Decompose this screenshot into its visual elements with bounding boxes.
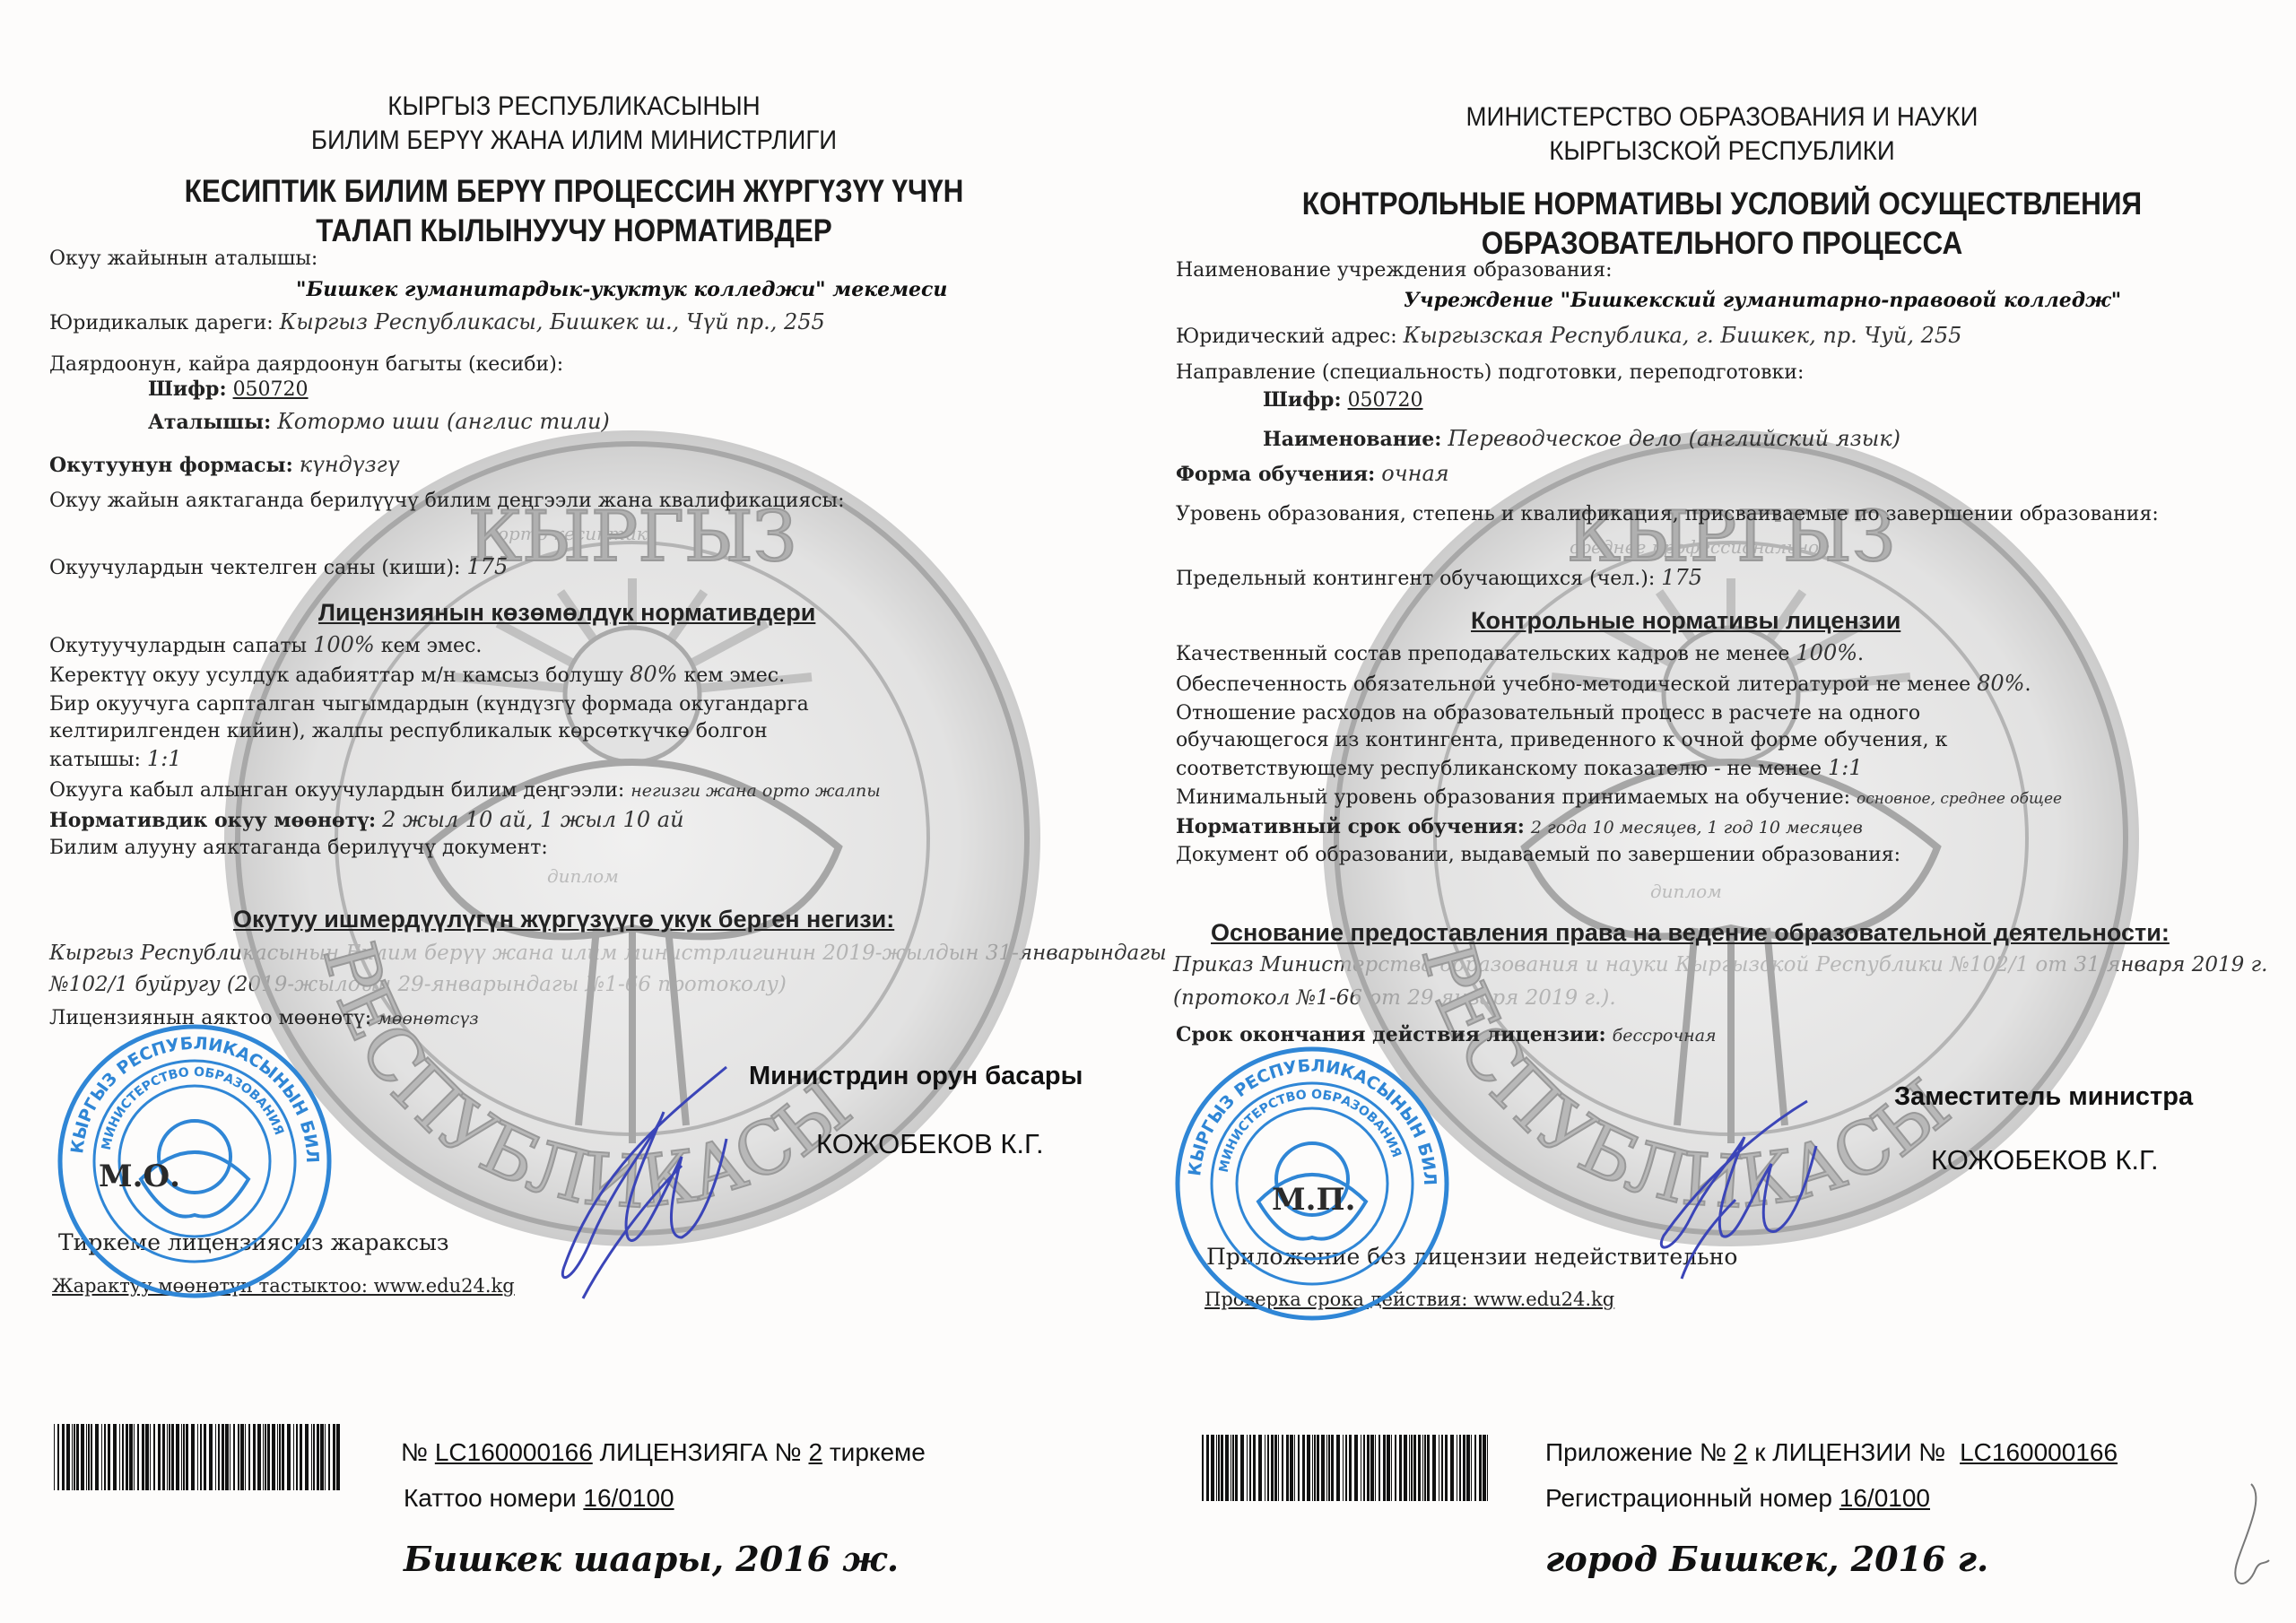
- barcode-bar: [1294, 1435, 1295, 1501]
- barcode-bar: [230, 1424, 230, 1490]
- barcode-bar: [171, 1424, 174, 1490]
- city-year: город Бишкек, 2016 г.: [1545, 1539, 1988, 1579]
- barcode-bar: [1271, 1435, 1274, 1501]
- barcode-bar: [238, 1424, 240, 1490]
- norm-literature: Керектүү окуу усулдук адабияттар м/н кам…: [49, 662, 785, 689]
- barcode-bar: [233, 1424, 235, 1490]
- name-label: Наименование:: [1263, 428, 1441, 451]
- barcode-bar: [1370, 1435, 1374, 1501]
- barcode-bar: [272, 1424, 275, 1490]
- registration-number: 16/0100: [583, 1484, 674, 1512]
- norm-expense-ratio: катышы: 1:1: [49, 746, 182, 773]
- barcode-bar: [72, 1424, 73, 1490]
- count-label: Окуучулардын чектелген саны (киши):: [49, 557, 460, 579]
- address-value: Кыргыз Республикасы, Бишкек ш., Чүй пр.,…: [280, 309, 825, 334]
- basis-title: Основание предоставления права на ведени…: [1211, 919, 2170, 947]
- norm-value: 100%: [1796, 640, 1857, 665]
- barcode-bar: [277, 1424, 278, 1490]
- address-row: Юридический адрес: Кыргызская Республика…: [1176, 323, 1961, 350]
- norm-label: Обеспеченность обязательной учебно-метод…: [1176, 673, 1970, 696]
- barcode-bar: [150, 1424, 151, 1490]
- admission-value: негизги жана орто жалпы: [631, 781, 880, 801]
- norm-expense-line: Отношение расходов на образовательный пр…: [1176, 701, 1920, 726]
- registration-number: 16/0100: [1839, 1484, 1930, 1512]
- barcode-bar: [1258, 1435, 1262, 1501]
- barcode-bar: [1479, 1435, 1482, 1501]
- barcode-bar: [145, 1424, 149, 1490]
- license-appendix-line: № LC160000166 ЛИЦЕНЗИЯГА № 2 тиркеме: [401, 1438, 926, 1467]
- license-norms-title: Контрольные нормативы лицензии: [1471, 607, 1900, 635]
- barcode-bar: [317, 1424, 319, 1490]
- norm-suffix: кем эмес.: [683, 664, 785, 687]
- barcode-bar: [253, 1424, 256, 1490]
- barcode-bar: [1466, 1435, 1470, 1501]
- institution-label: Наименование учреждения образования:: [1176, 258, 1613, 283]
- duration-label: Нормативдик окуу мөөнөтү:: [49, 809, 376, 832]
- registration-label: Регистрационный номер: [1545, 1484, 1832, 1512]
- duration-row: Нормативдик окуу мөөнөтү: 2 жыл 10 ай, 1…: [49, 807, 684, 834]
- barcode-bar: [1218, 1435, 1220, 1501]
- barcode-bar: [1314, 1435, 1316, 1501]
- barcode-bar: [1378, 1435, 1380, 1501]
- barcode-bar: [1439, 1435, 1439, 1501]
- duration-value: 2 года 10 месяцев, 1 год 10 месяцев: [1531, 818, 1863, 838]
- norm-label: Окутуучулардын сапаты: [49, 635, 307, 657]
- barcode-bar: [158, 1424, 161, 1490]
- institution-value: "Бишкек гуманитардык-укуктук колледжи" м…: [296, 278, 947, 301]
- barcode-bar: [76, 1424, 79, 1490]
- barcode-bar: [1395, 1435, 1396, 1501]
- admission-row: Минимальный уровень образования принимае…: [1176, 785, 2062, 811]
- norm-teacher-quality: Качественный состав преподавательских ка…: [1176, 640, 1864, 667]
- barcode-bar: [122, 1424, 124, 1490]
- barcode-bar: [86, 1424, 87, 1490]
- barcode-bar: [95, 1424, 99, 1490]
- barcode-bar: [1211, 1435, 1214, 1501]
- norm-teacher-quality: Окутуучулардын сапаты 100% кем эмес.: [49, 632, 482, 659]
- barcode-bar: [1411, 1435, 1413, 1501]
- license-norms-title: Лицензиянын көзөмөлдүк нормативдери: [318, 599, 815, 627]
- name-label: Аталышы:: [148, 411, 271, 434]
- barcode-bar: [137, 1424, 139, 1490]
- norm-value: 100%: [313, 632, 375, 657]
- barcode-bar: [1363, 1435, 1365, 1501]
- barcode-bar: [1216, 1435, 1217, 1501]
- barcode-bar: [300, 1424, 302, 1490]
- ministry-header: МИНИСТЕРСТВО ОБРАЗОВАНИЯ И НАУКИ КЫРГЫЗС…: [1194, 100, 2250, 169]
- admission-value: основное, среднее общее: [1857, 790, 2062, 808]
- code-row: Шифр: 050720: [1263, 387, 1423, 413]
- barcode-bar: [200, 1424, 202, 1490]
- barcode-bar: [1387, 1435, 1390, 1501]
- seal-place-mark: М.О.: [99, 1159, 180, 1194]
- norm-suffix: .: [1857, 643, 1864, 665]
- expiry-value: бессрочная: [1613, 1026, 1717, 1046]
- code-value: 050720: [1348, 389, 1423, 412]
- barcode-bar: [1441, 1435, 1443, 1501]
- document-title-line: КЕСИПТИК БИЛИМ БЕРҮҮ ПРОЦЕССИН ЖҮРГҮЗҮҮ …: [57, 172, 1091, 212]
- license-number: LC160000166: [1960, 1438, 2118, 1466]
- count-value: 175: [466, 554, 508, 579]
- norm-value: 1:1: [147, 746, 182, 771]
- barcode-bar: [263, 1424, 264, 1490]
- barcode-bar: [1231, 1435, 1231, 1501]
- barcode-bar: [1253, 1435, 1256, 1501]
- license-number: LC160000166: [435, 1438, 593, 1466]
- license-prefix: к ЛИЦЕНЗИИ №: [1754, 1438, 1945, 1466]
- form-row: Форма обучения: очная: [1176, 461, 1449, 488]
- barcode-bar: [119, 1424, 120, 1490]
- barcode-bar: [1202, 1435, 1204, 1501]
- form-label: Форма обучения:: [1176, 463, 1375, 486]
- document-label: Документ об образовании, выдаваемый по з…: [1176, 843, 1900, 868]
- form-row: Окутуунун формасы: күндүзгү: [49, 452, 399, 479]
- institution-value: Учреждение "Бишкекский гуманитарно-право…: [1404, 289, 2121, 312]
- barcode-bar: [1354, 1435, 1358, 1501]
- barcode-bar: [1232, 1435, 1234, 1501]
- form-label: Окутуунун формасы:: [49, 454, 293, 477]
- institution-label: Окуу жайынын аталышы:: [49, 247, 317, 272]
- barcode-bar: [1471, 1435, 1472, 1501]
- barcode-bar: [197, 1424, 198, 1490]
- barcode-icon: [54, 1424, 341, 1490]
- barcode-bar: [1290, 1435, 1293, 1501]
- barcode-bar: [1328, 1435, 1330, 1501]
- norm-label: катышы:: [49, 749, 141, 771]
- barcode-bar: [1235, 1435, 1238, 1501]
- barcode-bar: [1274, 1435, 1278, 1501]
- barcode-bar: [108, 1424, 110, 1490]
- barcode-bar: [313, 1424, 315, 1490]
- barcode-bar: [209, 1424, 213, 1490]
- norm-suffix: кем эмес.: [381, 635, 483, 657]
- norm-label: Качественный состав преподавательских ка…: [1176, 643, 1789, 665]
- count-value: 175: [1661, 565, 1702, 590]
- barcode-bar: [1240, 1435, 1244, 1501]
- barcode-bar: [320, 1424, 324, 1490]
- barcode-bar: [1483, 1435, 1486, 1501]
- number-sign: №: [401, 1438, 428, 1466]
- expiry-label: Срок окончания действия лицензии:: [1176, 1023, 1606, 1046]
- barcode-bar: [104, 1424, 106, 1490]
- code-row: Шифр: 050720: [148, 377, 309, 403]
- barcode-bar: [1404, 1435, 1407, 1501]
- signer-name: КОЖОБЕКОВ К.Г.: [1931, 1144, 2159, 1176]
- seal-place-mark: М.П.: [1272, 1182, 1355, 1218]
- barcode-bar: [1463, 1435, 1465, 1501]
- barcode-bar: [1249, 1435, 1251, 1501]
- barcode-bar: [1432, 1435, 1436, 1501]
- address-label: Юридикалык дареги:: [49, 312, 274, 334]
- barcode-bar: [1367, 1435, 1370, 1501]
- address-value: Кыргызская Республика, г. Бишкек, пр. Чу…: [1404, 323, 1962, 348]
- barcode-bar: [1459, 1435, 1461, 1501]
- address-row: Юридикалык дареги: Кыргыз Республикасы, …: [49, 309, 825, 336]
- barcode-bar: [153, 1424, 155, 1490]
- norm-expense-ratio: соответствующему республиканскому показа…: [1176, 755, 1863, 782]
- norm-expense-line: обучающегося из контингента, приведенног…: [1176, 728, 1947, 753]
- barcode-bar: [1487, 1435, 1488, 1501]
- barcode-bar: [101, 1424, 102, 1490]
- barcode-bar: [1307, 1435, 1310, 1501]
- norm-label: соответствующему республиканскому показа…: [1176, 758, 1822, 780]
- barcode-bar: [57, 1424, 59, 1490]
- barcode-bar: [129, 1424, 133, 1490]
- ministry-header-line: КЫРГЫЗСКОЙ РЕСПУБЛИКИ: [1194, 135, 2250, 169]
- admission-label: Минимальный уровень образования принимае…: [1176, 786, 1850, 809]
- ministry-header-line: БИЛИМ БЕРҮҮ ЖАНА ИЛИМ МИНИСТРЛИГИ: [46, 124, 1102, 158]
- barcode-bar: [215, 1424, 216, 1490]
- barcode-bar: [311, 1424, 312, 1490]
- direction-label: Даярдоонун, кайра даярдоонун багыты (кес…: [49, 352, 563, 378]
- barcode-bar: [167, 1424, 168, 1490]
- signature-icon: [1628, 1092, 1825, 1280]
- barcode-bar: [282, 1424, 284, 1490]
- appendix-number: 2: [1734, 1438, 1748, 1466]
- count-label: Предельный контингент обучающихся (чел.)…: [1176, 568, 1655, 590]
- barcode-bar: [1282, 1435, 1283, 1501]
- level-label: Уровень образования, степень и квалифика…: [1176, 502, 2159, 527]
- barcode-bar: [222, 1424, 224, 1490]
- ministry-header-line: КЫРГЫЗ РЕСПУБЛИКАСЫНЫН: [46, 90, 1102, 124]
- barcode-bar: [267, 1424, 270, 1490]
- barcode-bar: [248, 1424, 250, 1490]
- barcode-bar: [1343, 1435, 1344, 1501]
- count-row: Окуучулардын чектелген саны (киши): 175: [49, 554, 508, 581]
- barcode-bar: [74, 1424, 75, 1490]
- barcode-bar: [176, 1424, 179, 1490]
- duration-row: Нормативный срок обучения: 2 года 10 мес…: [1176, 814, 1863, 840]
- registration-label: Каттоо номери: [404, 1484, 577, 1512]
- barcode-bar: [113, 1424, 117, 1490]
- barcode-bar: [1265, 1435, 1265, 1501]
- count-row: Предельный контингент обучающихся (чел.)…: [1176, 565, 1702, 592]
- barcode-bar: [134, 1424, 135, 1490]
- barcode-bar: [293, 1424, 294, 1490]
- name-value: Котормо иши (англис тили): [277, 409, 610, 434]
- barcode-bar: [1427, 1435, 1430, 1501]
- norm-expense-line: Бир окуучуга сарпталган чыгымдардын (күн…: [49, 692, 809, 717]
- barcode-bar: [1336, 1435, 1340, 1501]
- barcode-bar: [1375, 1435, 1376, 1501]
- barcode-bar: [1422, 1435, 1423, 1501]
- barcode-bar: [1450, 1435, 1454, 1501]
- admission-row: Окууга кабыл алынган окуучулардын билим …: [49, 778, 881, 803]
- barcode-bar: [328, 1424, 330, 1490]
- barcode-bar: [1225, 1435, 1229, 1501]
- barcode-bar: [1331, 1435, 1334, 1501]
- norm-expense-line: келтирилгенден кийин), жалпы республикал…: [49, 719, 768, 744]
- barcode-bar: [66, 1424, 70, 1490]
- expiry-row: Лицензиянын аяктоо мөөнөтү: мөөнөтсүз: [49, 1006, 479, 1031]
- barcode-bar: [287, 1424, 291, 1490]
- barcode-bar: [1399, 1435, 1402, 1501]
- form-value: күндүзгү: [300, 452, 400, 477]
- barcode-bar: [1278, 1435, 1279, 1501]
- license-suffix: ЛИЦЕНЗИЯГА №: [600, 1438, 802, 1466]
- initials-icon: [2220, 1480, 2274, 1596]
- barcode-bar: [91, 1424, 93, 1490]
- appendix-number: 2: [809, 1438, 823, 1466]
- admission-label: Окууга кабыл алынган окуучулардын билим …: [49, 779, 624, 802]
- barcode-bar: [181, 1424, 182, 1490]
- ministry-header-line: МИНИСТЕРСТВО ОБРАЗОВАНИЯ И НАУКИ: [1194, 100, 2250, 135]
- name-value: Переводческое дело (английский язык): [1448, 426, 1900, 451]
- signer-name: КОЖОБЕКОВ К.Г.: [816, 1128, 1044, 1160]
- registration-line: Каттоо номери 16/0100: [404, 1484, 674, 1513]
- barcode-bar: [126, 1424, 128, 1490]
- barcode-bar: [186, 1424, 188, 1490]
- barcode-bar: [1409, 1435, 1410, 1501]
- barcode-bar: [218, 1424, 220, 1490]
- barcode-bar: [1474, 1435, 1476, 1501]
- barcode-bar: [1413, 1435, 1416, 1501]
- barcode-bar: [296, 1424, 298, 1490]
- document-title-line: КОНТРОЛЬНЫЕ НОРМАТИВЫ УСЛОВИЙ ОСУЩЕСТВЛЕ…: [1205, 185, 2239, 224]
- signer-title: Министрдин орун басары: [749, 1062, 1083, 1091]
- barcode-bar: [1298, 1435, 1300, 1501]
- barcode-bar: [1221, 1435, 1223, 1501]
- barcode-bar: [183, 1424, 185, 1490]
- expiry-row: Срок окончания действия лицензии: бессро…: [1176, 1022, 1717, 1048]
- city-year: Бишкек шаары, 2016 ж.: [404, 1539, 899, 1579]
- barcode-bar: [336, 1424, 340, 1490]
- barcode-bar: [333, 1424, 335, 1490]
- barcode-icon: [1202, 1435, 1491, 1501]
- barcode-bar: [245, 1424, 246, 1490]
- barcode-bar: [1302, 1435, 1305, 1501]
- barcode-bar: [1286, 1435, 1289, 1501]
- name-row: Аталышы: Котормо иши (англис тили): [148, 409, 610, 436]
- barcode-bar: [257, 1424, 261, 1490]
- name-row: Наименование: Переводческое дело (англий…: [1263, 426, 1900, 453]
- document-title-line: ТАЛАП КЫЛЫНУУЧУ НОРМАТИВДЕР: [57, 212, 1091, 251]
- document-label: Билим алууну аяктаганда берилүүчү докуме…: [49, 836, 548, 861]
- appendix-word: тиркеме: [830, 1438, 926, 1466]
- barcode-bar: [1457, 1435, 1457, 1501]
- barcode-bar: [1445, 1435, 1448, 1501]
- barcode-bar: [1206, 1435, 1209, 1501]
- registration-line: Регистрационный номер 16/0100: [1545, 1484, 1930, 1513]
- barcode-bar: [169, 1424, 170, 1490]
- svg-text:МИНИСТЕРСТВО ОБРАЗОВАНИЯ: МИНИСТЕРСТВО ОБРАЗОВАНИЯ: [1217, 1088, 1404, 1174]
- barcode-bar: [1424, 1435, 1426, 1501]
- barcode-bar: [142, 1424, 144, 1490]
- signature-icon: [547, 1058, 744, 1300]
- code-label: Шифр:: [1263, 388, 1342, 412]
- barcode-bar: [54, 1424, 55, 1490]
- norm-value: 80%: [1977, 671, 2024, 696]
- duration-label: Нормативный срок обучения:: [1176, 815, 1525, 838]
- norm-label: Керектүү окуу усулдук адабияттар м/н кам…: [49, 664, 623, 687]
- barcode-bar: [1267, 1435, 1269, 1501]
- barcode-bar: [1349, 1435, 1352, 1501]
- barcode-bar: [162, 1424, 166, 1490]
- barcode-bar: [1317, 1435, 1319, 1501]
- barcode-bar: [191, 1424, 195, 1490]
- code-label: Шифр:: [148, 378, 227, 401]
- barcode-bar: [1418, 1435, 1422, 1501]
- svg-text:МИНИСТЕРСТВО ОБРАЗОВАНИЯ: МИНИСТЕРСТВО ОБРАЗОВАНИЯ: [100, 1065, 286, 1151]
- barcode-bar: [265, 1424, 266, 1490]
- barcode-bar: [1391, 1435, 1392, 1501]
- norm-value: 80%: [630, 662, 677, 687]
- barcode-bar: [1312, 1435, 1313, 1501]
- level-label: Окуу жайын аяктаганда берилүүчү билим де…: [49, 489, 844, 514]
- appendix-page-kyrgyz: КЫРГЫЗ РЕСПУБЛИКАСЫ КЫРГЫЗ РЕСПУБЛИКАСЫН…: [0, 0, 1148, 1623]
- duration-value: 2 жыл 10 ай, 1 жыл 10 ай: [382, 807, 683, 832]
- barcode-bar: [279, 1424, 281, 1490]
- norm-value: 1:1: [1828, 755, 1863, 780]
- direction-label: Направление (специальность) подготовки, …: [1176, 360, 1804, 386]
- ministry-header: КЫРГЫЗ РЕСПУБЛИКАСЫНЫН БИЛИМ БЕРҮҮ ЖАНА …: [46, 90, 1102, 158]
- barcode-bar: [1361, 1435, 1361, 1501]
- barcode-bar: [1321, 1435, 1325, 1501]
- document-title: КОНТРОЛЬНЫЕ НОРМАТИВЫ УСЛОВИЙ ОСУЩЕСТВЛЕ…: [1205, 185, 2239, 264]
- norm-suffix: .: [2024, 673, 2031, 696]
- barcode-bar: [204, 1424, 206, 1490]
- form-value: очная: [1381, 461, 1448, 486]
- expiry-value: мөөнөтсүз: [378, 1009, 478, 1028]
- ministry-stamp-icon: КЫРГЫЗ РЕСПУБЛИКАСЫНЫН БИЛИМ БЕРҮҮ ЖАНА …: [56, 1022, 334, 1300]
- barcode-bar: [62, 1424, 65, 1490]
- barcode-bar: [305, 1424, 309, 1490]
- barcode-bar: [1326, 1435, 1327, 1501]
- barcode-bar: [1345, 1435, 1347, 1501]
- code-value: 050720: [233, 378, 309, 401]
- barcode-bar: [225, 1424, 229, 1490]
- barcode-bar: [240, 1424, 244, 1490]
- address-label: Юридический адрес:: [1176, 325, 1397, 348]
- barcode-bar: [88, 1424, 90, 1490]
- signer-title: Заместитель министра: [1894, 1082, 2193, 1112]
- appendix-page-russian: КЫРГЫЗ РЕСПУБЛИКАСЫ МИНИСТЕРСТВО ОБРАЗОВ…: [1148, 0, 2296, 1623]
- norm-literature: Обеспеченность обязательной учебно-метод…: [1176, 671, 2031, 698]
- barcode-bar: [1247, 1435, 1248, 1501]
- basis-title: Окутуу ишмердүүлүгүн жүргүзүүгө укук бер…: [233, 906, 894, 933]
- appendix-prefix: Приложение №: [1545, 1438, 1726, 1466]
- barcode-bar: [1383, 1435, 1386, 1501]
- barcode-bar: [81, 1424, 84, 1490]
- barcode-bar: [325, 1424, 326, 1490]
- document-title: КЕСИПТИК БИЛИМ БЕРҮҮ ПРОЦЕССИН ЖҮРГҮЗҮҮ …: [57, 172, 1091, 251]
- license-appendix-line: Приложение № 2 к ЛИЦЕНЗИИ № LC160000166: [1545, 1438, 2118, 1467]
